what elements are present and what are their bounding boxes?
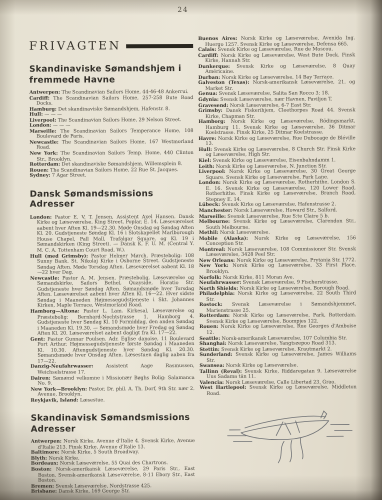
section-title: Dansk Sømandsmissions Adresser [30,189,194,211]
entry-text: Norsk Kirke og Læseværelse, Rue Dubocage… [206,136,356,147]
entry-city: Buenos Aires: [198,36,237,42]
page-number: 24 [0,5,367,15]
entry-text: Norsk Kirke og Læseværelse, West Bute Do… [205,53,355,64]
directory-entry: Danzig-Neufahrwasser: Assistent Aage Ras… [31,364,195,376]
directory-entry: London: Pastor E. V. T. Jensen, Assisten… [30,215,194,255]
entry-text: Svensk Læseværelse, 9 Fischerstrasse. [241,280,338,285]
entry-city: Havre: [199,136,217,142]
entry-city: Mobile (Alaska): [199,235,248,241]
entry-city: Gent: [30,336,45,342]
masthead: FRIVAGTEN [29,38,193,53]
entry-text: Norsk Kirke, Avenue d'Italie 4. Svensk K… [38,439,195,450]
entry-text: 7 Agar Street. [50,174,86,179]
entry-city: Rouen: [199,324,218,330]
entry-city: Cardiff: [198,53,218,59]
directory-entry: Hamborg: Norsk Kirke og Læseværelse, Röd… [198,119,355,136]
entry-city: Hamborg—Altona: [30,308,79,314]
entry-city: Grimsby: [198,108,222,114]
entry-text: The Scandinavian Sailors Home, 29 Nelson… [56,118,181,124]
directory-entry: Newcastle: Pastor A. M. Jensen. Præstebo… [30,276,194,310]
entry-city: Antwerpen: [31,439,62,445]
entry-text: Norsk-amerikansk Læseværelse, 29 Paris S… [38,467,195,484]
entry-text: Sømænd velkomne i Missionær Bøghs Bolig:… [38,376,195,387]
entry-text: Pastor Gunnar Poulsen. Adr. Eglise danoi… [37,337,194,365]
right-column: Buenos Aires: Norsk Kirke og Læseværelse… [198,36,357,397]
directory-entry: Boston: Norsk-amerikansk Læseværelse, 29… [31,467,195,484]
entry-text: Svensk Læseværelse i Sømandshjemmet, Mar… [206,303,356,314]
directory-entry: Melbourne: Svensk Kirke og Læseværelse, … [199,219,356,231]
directory-entry: Reykjavik, Island: Læsestue. [31,398,195,404]
entry-text: Det skandinaviske Sømandshjem, Hafenstr.… [57,107,170,112]
entry-city: New York—Brooklyn: [31,386,87,392]
entry-city: Hamborg: [198,119,225,125]
section-entries: Antwerpen: The Scandinavian Sailors Home… [29,90,193,179]
directory-section: Skandinavisk Sømandsmissions Adresser An… [31,413,195,495]
section-entries: London: Pastor E. V. T. Jensen, Assisten… [30,215,195,404]
entry-text: Pastor A. M. Jensen. Præstebolig, Læsevæ… [37,276,194,309]
entry-text: Norsk Kirke og Læseværelse, 30 Great Geo… [206,169,356,180]
entry-city: Dunkerque: [198,64,230,70]
entry-city: Sunderland: [199,352,232,358]
entry-text: The Scandinavian Sailors Temperance Home… [36,129,193,140]
directory-entry: Hull (med Grimsby): Pastor Helmer Mørch.… [30,254,194,277]
entry-city: Brisbane: [31,489,57,495]
entry-text: Dansk Kirke, 169 George Str. [57,489,130,494]
directory-section: Dansk Sømandsmissions Adresser London: P… [30,189,195,404]
entry-city: Boston: [31,467,52,473]
entry-city: Danzig-Neufahrwasser: [30,364,93,370]
masthead-rule [126,44,193,48]
rowboat-strokes [227,411,352,463]
section-title: Skandinavisk Sømandsmissions Adresser [31,413,195,435]
masthead-title: FRIVAGTEN [29,38,121,52]
directory-entry: Hull: Svensk Kirke og Læseværelse, 8 Chu… [199,147,356,159]
entry-city: Liverpool: [199,169,226,175]
directory-entry: Havre: Norsk Kirke og Læseværelse, Rue D… [199,136,356,148]
entry-city: Hull (med Grimsby): [30,253,88,259]
section-title: Skandinaviske Sømandshjem i fremmede Hav… [29,64,193,86]
page-content: 24 FRIVAGTEN Skandinaviske Sømandshjem i… [0,0,382,500]
entry-text: Svensk Læseværelse, nær Havnen, Paviljon… [219,97,332,102]
entry-city: Philadelphia: [199,291,235,297]
entry-text: The Scandinavian Sailors Temp. Home, 440… [37,151,194,162]
entry-text: The Scandinavian Sailors Home, 22 Rue St… [49,168,179,174]
entry-text: Dansk Fiskerihjem, Cleethorpes Road 44. … [205,108,355,119]
entry-text: Norsk Kirke og Læseværelse, Rotherhithe,… [206,180,356,202]
entry-city: Sydney: [30,173,51,179]
section-entries: Antwerpen: Norsk Kirke, Avenue d'Italie … [31,439,195,495]
rowboat-illustration [227,397,355,470]
directory-entry: Buenos Aires: Norsk Kirke og Læseværelse… [198,36,355,48]
directory-section: Skandinaviske Sømandshjem i fremmede Hav… [29,64,193,179]
directory-entry: Hamborg—Altona: Pastor L. Lam. Kirkesal,… [30,309,194,337]
entry-text: Læsestue. [78,398,104,403]
entry-text: Norsk Læseværelse, 108 Commissioner Str.… [206,247,356,258]
entry-text: Svensk Kirke og Læseværelse, 8 Church St… [206,147,356,158]
directory-entry: West Hartlepool: Svensk Kirke og Læsevær… [200,386,357,398]
entry-text: Norsk Kirke og Læseværelse, Rue Georges … [206,325,356,336]
left-column: FRIVAGTEN Skandinaviske Sømandshjem i fr… [29,38,195,500]
entry-city: West Hartlepool: [200,385,247,391]
entry-city: Cardiff: [29,95,49,101]
entry-city: Montreal: [199,247,226,253]
entry-city: Galveston (Texas): [198,80,249,86]
directory-entry: Brisbane: Dansk Kirke, 169 George Str. [31,489,195,495]
entry-city: Marseille: [29,128,56,134]
entry-text: Norsk Kirke og Læseværelse, Rödingsmarkt… [205,119,355,136]
directory-entry: Gent: Pastor Gunnar Poulsen. Adr. Eglise… [30,337,194,365]
entry-city: London: [30,214,52,220]
right-column-entries: Buenos Aires: Norsk Kirke og Læseværelse… [198,36,357,397]
directory-entry: Dunkerque: Svensk Kirke og Læseværelse, … [198,64,355,76]
entry-city: Reykjavik, Island: [31,397,79,403]
directory-entry: Rouen: Norsk Kirke og Læseværelse, Rue G… [199,325,356,337]
entry-city: London: [199,180,221,186]
scanned-magazine-page: 24 FRIVAGTEN Skandinaviske Sømandshjem i… [0,0,382,500]
entry-city: Melbourne: [199,219,230,225]
directory-entry: London: Norsk Kirke og Læseværelse, Roth… [199,180,356,203]
entry-city: Newcastle: [30,275,59,281]
directory-entry: New York: Norsk Kirke og Læseværelse, 33… [199,264,356,276]
entry-city: New York: [30,151,58,157]
entry-text: Pastor E. V. T. Jensen, Assistent Axel H… [37,215,194,254]
entry-text: The Scandinavian Sailors Home, 257-258 B… [36,96,193,107]
entry-city: Rostock: [199,302,222,308]
entry-text: The Scandinavian Sailors Home, 167 Westm… [37,140,194,151]
entry-city: Dairen: [31,375,51,381]
entry-city: Rotterdam: [199,313,230,319]
left-column-sections: Skandinaviske Sømandshjem i fremmede Hav… [29,64,195,495]
entry-text: Norsk Kirke, 5 South Broadway. [60,451,140,456]
entry-text: Norsk Kirke og Læseværelse, 33 First Pla… [206,264,356,275]
directory-entry: Sydney: 7 Agar Street. [30,173,194,179]
entry-city: New York: [199,263,229,269]
